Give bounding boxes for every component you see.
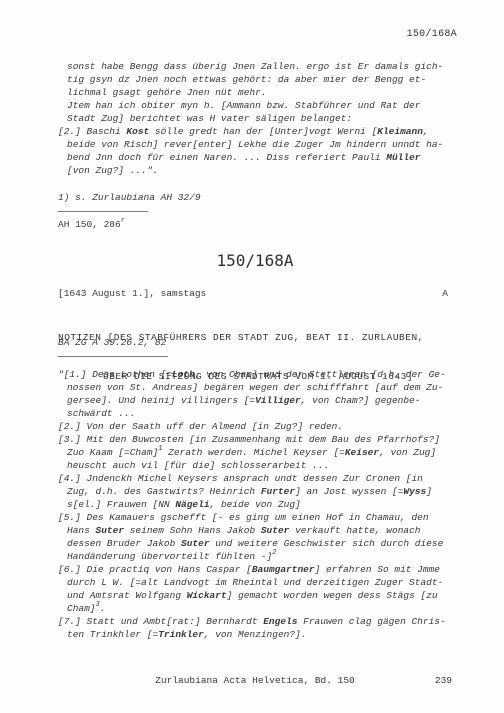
- text-segment: s[el.] Frauwen [NN: [67, 499, 175, 510]
- text-segment: heuscht auch vil [für die] schlosserarbe…: [67, 460, 329, 471]
- text-line: Jtem han ich obiter myn h. [Ammann bzw. …: [58, 99, 443, 112]
- footnote: 1) s. Zurlaubiana AH 32/9: [58, 191, 201, 204]
- text-segment: ] an Jost wyssen [=: [295, 486, 403, 497]
- text-segment: durch L W. [=alt Landvogt im Rheintal un…: [67, 577, 443, 588]
- date-line: [1643 August 1.], samstags: [58, 287, 206, 300]
- text-segment: Loth: [172, 369, 195, 380]
- text-segment: Keiser: [345, 447, 379, 458]
- text-line: [von Zug?] ...".: [58, 164, 443, 177]
- text-segment: ,: [423, 126, 429, 137]
- text-segment: Trinkler: [158, 629, 204, 640]
- text-segment: Kleimann: [377, 126, 423, 137]
- text-line: durch L W. [=alt Landvogt im Rheintal un…: [58, 576, 446, 589]
- text-line: tig gsyn dz Jnen noch ettwas gehört: da …: [58, 73, 443, 86]
- text-segment: "[1.] Dess Lothen [=: [58, 369, 172, 380]
- text-segment: sonst habe Bengg dass überig Jnen Zallen…: [67, 61, 443, 72]
- text-line: beide von Risch] rever[enter] Lekhe die …: [58, 138, 443, 151]
- text-segment: , von Zug]: [379, 447, 436, 458]
- text-line: [6.] Die practiq von Hans Caspar [Baumga…: [58, 563, 446, 576]
- text-line: [5.] Des Kamauers gschefft [- es ging um…: [58, 511, 446, 524]
- text-segment: Müller: [386, 152, 420, 163]
- text-segment: Baumgartner: [252, 564, 315, 575]
- text-line: "[1.] Dess Lothen [=Loth, von Cham] und …: [58, 368, 446, 381]
- prev-doc-transcription: sonst habe Bengg dass überig Jnen Zallen…: [58, 60, 443, 177]
- date-row: [1643 August 1.], samstags A: [58, 287, 448, 300]
- text-line: ten Trinkhler [=Trinkler, von Menzingen?…: [58, 628, 446, 641]
- text-line: [2.] Baschi Kost sölle gredt han der [Un…: [58, 125, 443, 138]
- text-line: dessen Bruder Jakob Suter und weitere Ge…: [58, 537, 446, 550]
- footnote-marker: 3: [96, 601, 100, 609]
- text-segment: Hans: [67, 525, 96, 536]
- text-separator-rule: [58, 356, 168, 357]
- text-segment: , von Cham] und der Stettleren [d.h. der…: [195, 369, 446, 380]
- text-segment: [2.] Von der Saath uff der Almend [in Zu…: [58, 421, 343, 432]
- text-segment: Zerath werden. Michel Keyser [=: [162, 447, 344, 458]
- text-segment: und weitere Geschwister sich durch diese: [210, 538, 444, 549]
- text-segment: [6.] Die practiq von Hans Caspar [: [58, 564, 252, 575]
- text-segment: Zuo Kaam [=Cham]: [67, 447, 158, 458]
- text-segment: verkauft hatte, wonach: [289, 525, 420, 536]
- source-ref-text: AH 150, 286: [58, 219, 121, 230]
- text-line: Zug, d.h. des Gastwirts? Heinrich Furter…: [58, 485, 446, 498]
- text-segment: schwärdt ...: [67, 408, 135, 419]
- text-segment: , beide von Zug]: [210, 499, 301, 510]
- running-head-doc-number: 150/168A: [407, 28, 457, 41]
- text-segment: ] erfahren So mit Jmme: [315, 564, 440, 575]
- text-segment: Suter: [181, 538, 210, 549]
- text-line: [2.] Von der Saath uff der Almend [in Zu…: [58, 420, 446, 433]
- text-line: Stadt Zug] berichtet was H vater säligen…: [58, 112, 443, 125]
- source-reference: AH 150, 286r: [58, 218, 125, 231]
- text-segment: gersee]. Und heinij villingers [=: [67, 395, 255, 406]
- text-line: Hans Suter seinem Sohn Hans Jakob Suter …: [58, 524, 446, 537]
- text-segment: [2.] Baschi: [58, 126, 126, 137]
- text-line: [3.] Mit den Buwcosten [in Zusammenhang …: [58, 433, 446, 446]
- text-segment: sölle gredt han der [Unter]vogt Werni [: [149, 126, 377, 137]
- footnote-marker: 2: [272, 549, 276, 557]
- text-segment: Suter: [96, 525, 125, 536]
- transcription-text: "[1.] Dess Lothen [=Loth, von Cham] und …: [58, 368, 446, 641]
- text-segment: Zug, d.h. des Gastwirts? Heinrich: [67, 486, 261, 497]
- document-number-heading: 150/168A: [58, 251, 452, 271]
- text-segment: Wickart: [187, 590, 227, 601]
- footer-series-title: Zurlaubiana Acta Helvetica, Bd. 150: [58, 674, 452, 687]
- text-segment: Cham]: [67, 603, 96, 614]
- text-line: heuscht auch vil [für die] schlosserarbe…: [58, 459, 446, 472]
- text-line: [7.] Statt und Ambt[rat:] Bernhardt Enge…: [58, 615, 446, 628]
- text-segment: [3.] Mit den Buwcosten [in Zusammenhang …: [58, 434, 440, 445]
- text-line: s[el.] Frauwen [NN Nägeli, beide von Zug…: [58, 498, 446, 511]
- text-line: nossen von St. Andreas] begären wegen de…: [58, 381, 446, 394]
- text-segment: lichmal gsagt gehöre Jnen nüt mehr.: [67, 87, 267, 98]
- text-segment: Furter: [261, 486, 295, 497]
- footer-page-number: 239: [435, 674, 452, 687]
- text-segment: ]: [426, 486, 432, 497]
- text-segment: tig gsyn dz Jnen noch ettwas gehört: da …: [67, 74, 426, 85]
- text-line: sonst habe Bengg dass überig Jnen Zallen…: [58, 60, 443, 73]
- archive-reference: BA ZG A 39.26.2, 82: [58, 336, 166, 349]
- text-segment: Engels: [263, 616, 297, 627]
- text-line: [4.] Jndenckh Michel Keysers ansprach un…: [58, 472, 446, 485]
- marginal-letter: A: [442, 287, 448, 300]
- text-segment: Wyss: [403, 486, 426, 497]
- text-line: Handänderung übervorteilt fühlten -]2: [58, 550, 446, 563]
- text-segment: , von Menzingen?].: [204, 629, 307, 640]
- footnote-separator-rule: [58, 211, 148, 212]
- text-segment: .: [100, 603, 106, 614]
- text-segment: Suter: [261, 525, 290, 536]
- document-page: 150/168A sonst habe Bengg dass überig Jn…: [0, 0, 504, 713]
- text-line: lichmal gsagt gehöre Jnen nüt mehr.: [58, 86, 443, 99]
- text-segment: [4.] Jndenckh Michel Keysers ansprach un…: [58, 473, 423, 484]
- text-segment: Frauwen clag gägen Chris-: [297, 616, 445, 627]
- text-segment: Jtem han ich obiter myn h. [Ammann bzw. …: [67, 100, 420, 111]
- text-line: gersee]. Und heinij villingers [=Villige…: [58, 394, 446, 407]
- text-segment: ] gemacht worden wegen dess Stägs [zu: [227, 590, 438, 601]
- text-line: bend Jnn doch für einen Naren. ... Diss …: [58, 151, 443, 164]
- text-segment: beide von Risch] rever[enter] Lekhe die …: [67, 139, 443, 150]
- text-segment: Kost: [126, 126, 149, 137]
- text-segment: Stadt Zug] berichtet was H vater säligen…: [67, 113, 352, 124]
- text-line: schwärdt ...: [58, 407, 446, 420]
- text-segment: und Amtsrat Wolfgang: [67, 590, 187, 601]
- text-segment: Nägeli: [175, 499, 209, 510]
- text-line: und Amtsrat Wolfgang Wickart] gemacht wo…: [58, 589, 446, 602]
- source-ref-superscript: r: [121, 217, 125, 225]
- text-segment: [5.] Des Kamauers gschefft [- es ging um…: [58, 512, 429, 523]
- footnote-marker: 1: [158, 445, 162, 453]
- text-segment: [7.] Statt und Ambt[rat:] Bernhardt: [58, 616, 263, 627]
- text-line: Zuo Kaam [=Cham]1 Zerath werden. Michel …: [58, 446, 446, 459]
- text-segment: ten Trinkhler [=: [67, 629, 158, 640]
- text-segment: [von Zug?] ...".: [67, 165, 158, 176]
- text-segment: Villiger: [255, 395, 301, 406]
- text-segment: , von Cham?] gegenbe-: [301, 395, 421, 406]
- text-segment: Handänderung übervorteilt fühlten -]: [67, 551, 272, 562]
- text-segment: seinem Sohn Hans Jakob: [124, 525, 261, 536]
- text-segment: nossen von St. Andreas] begären wegen de…: [67, 382, 443, 393]
- text-segment: bend Jnn doch für einen Naren. ... Diss …: [67, 152, 386, 163]
- text-segment: dessen Bruder Jakob: [67, 538, 181, 549]
- text-line: Cham]3.: [58, 602, 446, 615]
